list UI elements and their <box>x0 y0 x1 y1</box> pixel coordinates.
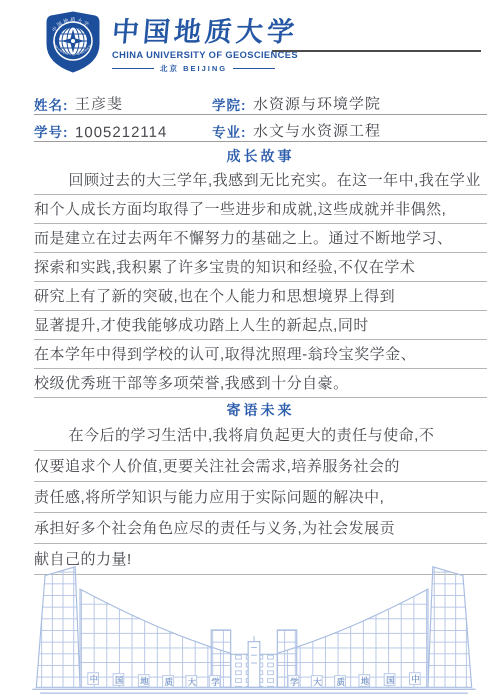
university-name-zh: 中国地质大学 <box>111 18 300 48</box>
letterhead: 中国地质大学 CHINA UNIVERSITY OF GEOSCIENCES 中… <box>44 10 298 74</box>
handwritten-line: 显著提升,才使我能够成功踏上人生的新起点,同时 <box>34 311 487 340</box>
svg-text:大: 大 <box>313 677 322 687</box>
header-rule-line <box>272 50 481 52</box>
future-message-title: 寄语未来 <box>34 398 487 420</box>
university-title-block: 中国地质大学 CHINA UNIVERSITY OF GEOSCIENCES 北… <box>112 10 298 74</box>
major-field: 专业: 水文与水资源工程 <box>212 120 487 141</box>
svg-text:中: 中 <box>90 674 98 684</box>
college-field: 学院: 水资源与环境学院 <box>212 93 487 114</box>
name-label: 姓名: <box>34 94 69 114</box>
campus-dash-left <box>112 68 154 69</box>
handwritten-line: 承担好多个社会角色应尽的责任与义务,为社会发展贡 <box>34 513 487 544</box>
growth-story-title: 成长故事 <box>34 146 487 166</box>
campus-text: 北京 BEIJING <box>160 63 227 74</box>
handwritten-line: 而是建立在过去两年不懈努力的基础之上。通过不断地学习、 <box>34 224 487 253</box>
student-id-value: 1005212114 <box>74 124 166 141</box>
svg-text:质: 质 <box>337 677 345 687</box>
growth-story-section: 成长故事 回顾过去的大三学年,我感到无比充实。在这一年中,我在学业 和个人成长方… <box>34 146 487 398</box>
svg-text:地: 地 <box>361 676 370 686</box>
building-left-wing <box>36 567 230 688</box>
handwritten-line: 研究上有了新的突破,也在个人能力和思想境界上得到 <box>34 282 487 311</box>
svg-text:大: 大 <box>188 677 197 687</box>
svg-text:国: 国 <box>115 675 123 685</box>
name-field: 姓名: 王彦斐 <box>34 93 212 114</box>
handwritten-line: 回顾过去的大三学年,我感到无比充实。在这一年中,我在学业 <box>34 166 487 195</box>
svg-text:国: 国 <box>386 675 394 685</box>
university-emblem-icon: 中国地质大学 CHINA UNIVERSITY OF GEOSCIENCES <box>44 10 102 74</box>
svg-text:学: 学 <box>290 677 299 687</box>
handwritten-line: 校级优秀班干部等多项荣誉,我感到十分自豪。 <box>34 369 487 398</box>
student-info-form: 姓名: 王彦斐 学院: 水资源与环境学院 学号: 1005212114 专业: … <box>34 88 487 142</box>
form-row-1: 姓名: 王彦斐 学院: 水资源与环境学院 <box>34 88 487 115</box>
handwritten-line: 探索和实践,我积累了许多宝贵的知识和经验,不仅在学术 <box>34 253 487 282</box>
svg-text:学: 学 <box>211 677 220 687</box>
major-value: 水文与水资源工程 <box>252 120 380 142</box>
name-value: 王彦斐 <box>74 93 122 114</box>
svg-text:中: 中 <box>411 674 419 684</box>
handwritten-line: 仅要追求个人价值,更要关注社会需求,培养服务社会的 <box>34 451 487 482</box>
form-row-2: 学号: 1005212114 专业: 水文与水资源工程 <box>34 115 487 142</box>
campus-dash-right <box>233 68 275 69</box>
handwritten-line: 和个人成长方面均取得了一些进步和成就,这些成就并非偶然, <box>34 195 487 224</box>
college-value: 水资源与环境学院 <box>252 93 380 115</box>
student-id-label: 学号: <box>34 121 69 141</box>
building-base-lines <box>32 689 475 693</box>
building-central-block <box>231 636 278 688</box>
handwritten-line: 责任感,将所学知识与能力应用于实际问题的解决中, <box>34 482 487 513</box>
handwritten-line: 在本学年中得到学校的认可,取得沈照理-翁玲宝奖学金、 <box>34 340 487 369</box>
college-label: 学院: <box>212 94 247 114</box>
handwritten-line: 在今后的学习生活中,我将肩负起更大的责任与使命,不 <box>34 420 487 451</box>
svg-text:质: 质 <box>165 677 173 687</box>
university-building-illustration: 中 国 地 质 大 学 学 大 质 地 国 中 <box>28 560 480 698</box>
student-id-field: 学号: 1005212114 <box>34 121 212 141</box>
svg-text:地: 地 <box>140 676 149 686</box>
building-right-wing <box>277 567 471 688</box>
major-label: 专业: <box>212 121 247 141</box>
campus-line: 北京 BEIJING <box>112 63 298 74</box>
university-name-en: CHINA UNIVERSITY OF GEOSCIENCES <box>112 50 298 60</box>
future-message-section: 寄语未来 在今后的学习生活中,我将肩负起更大的责任与使命,不 仅要追求个人价值,… <box>34 398 487 575</box>
